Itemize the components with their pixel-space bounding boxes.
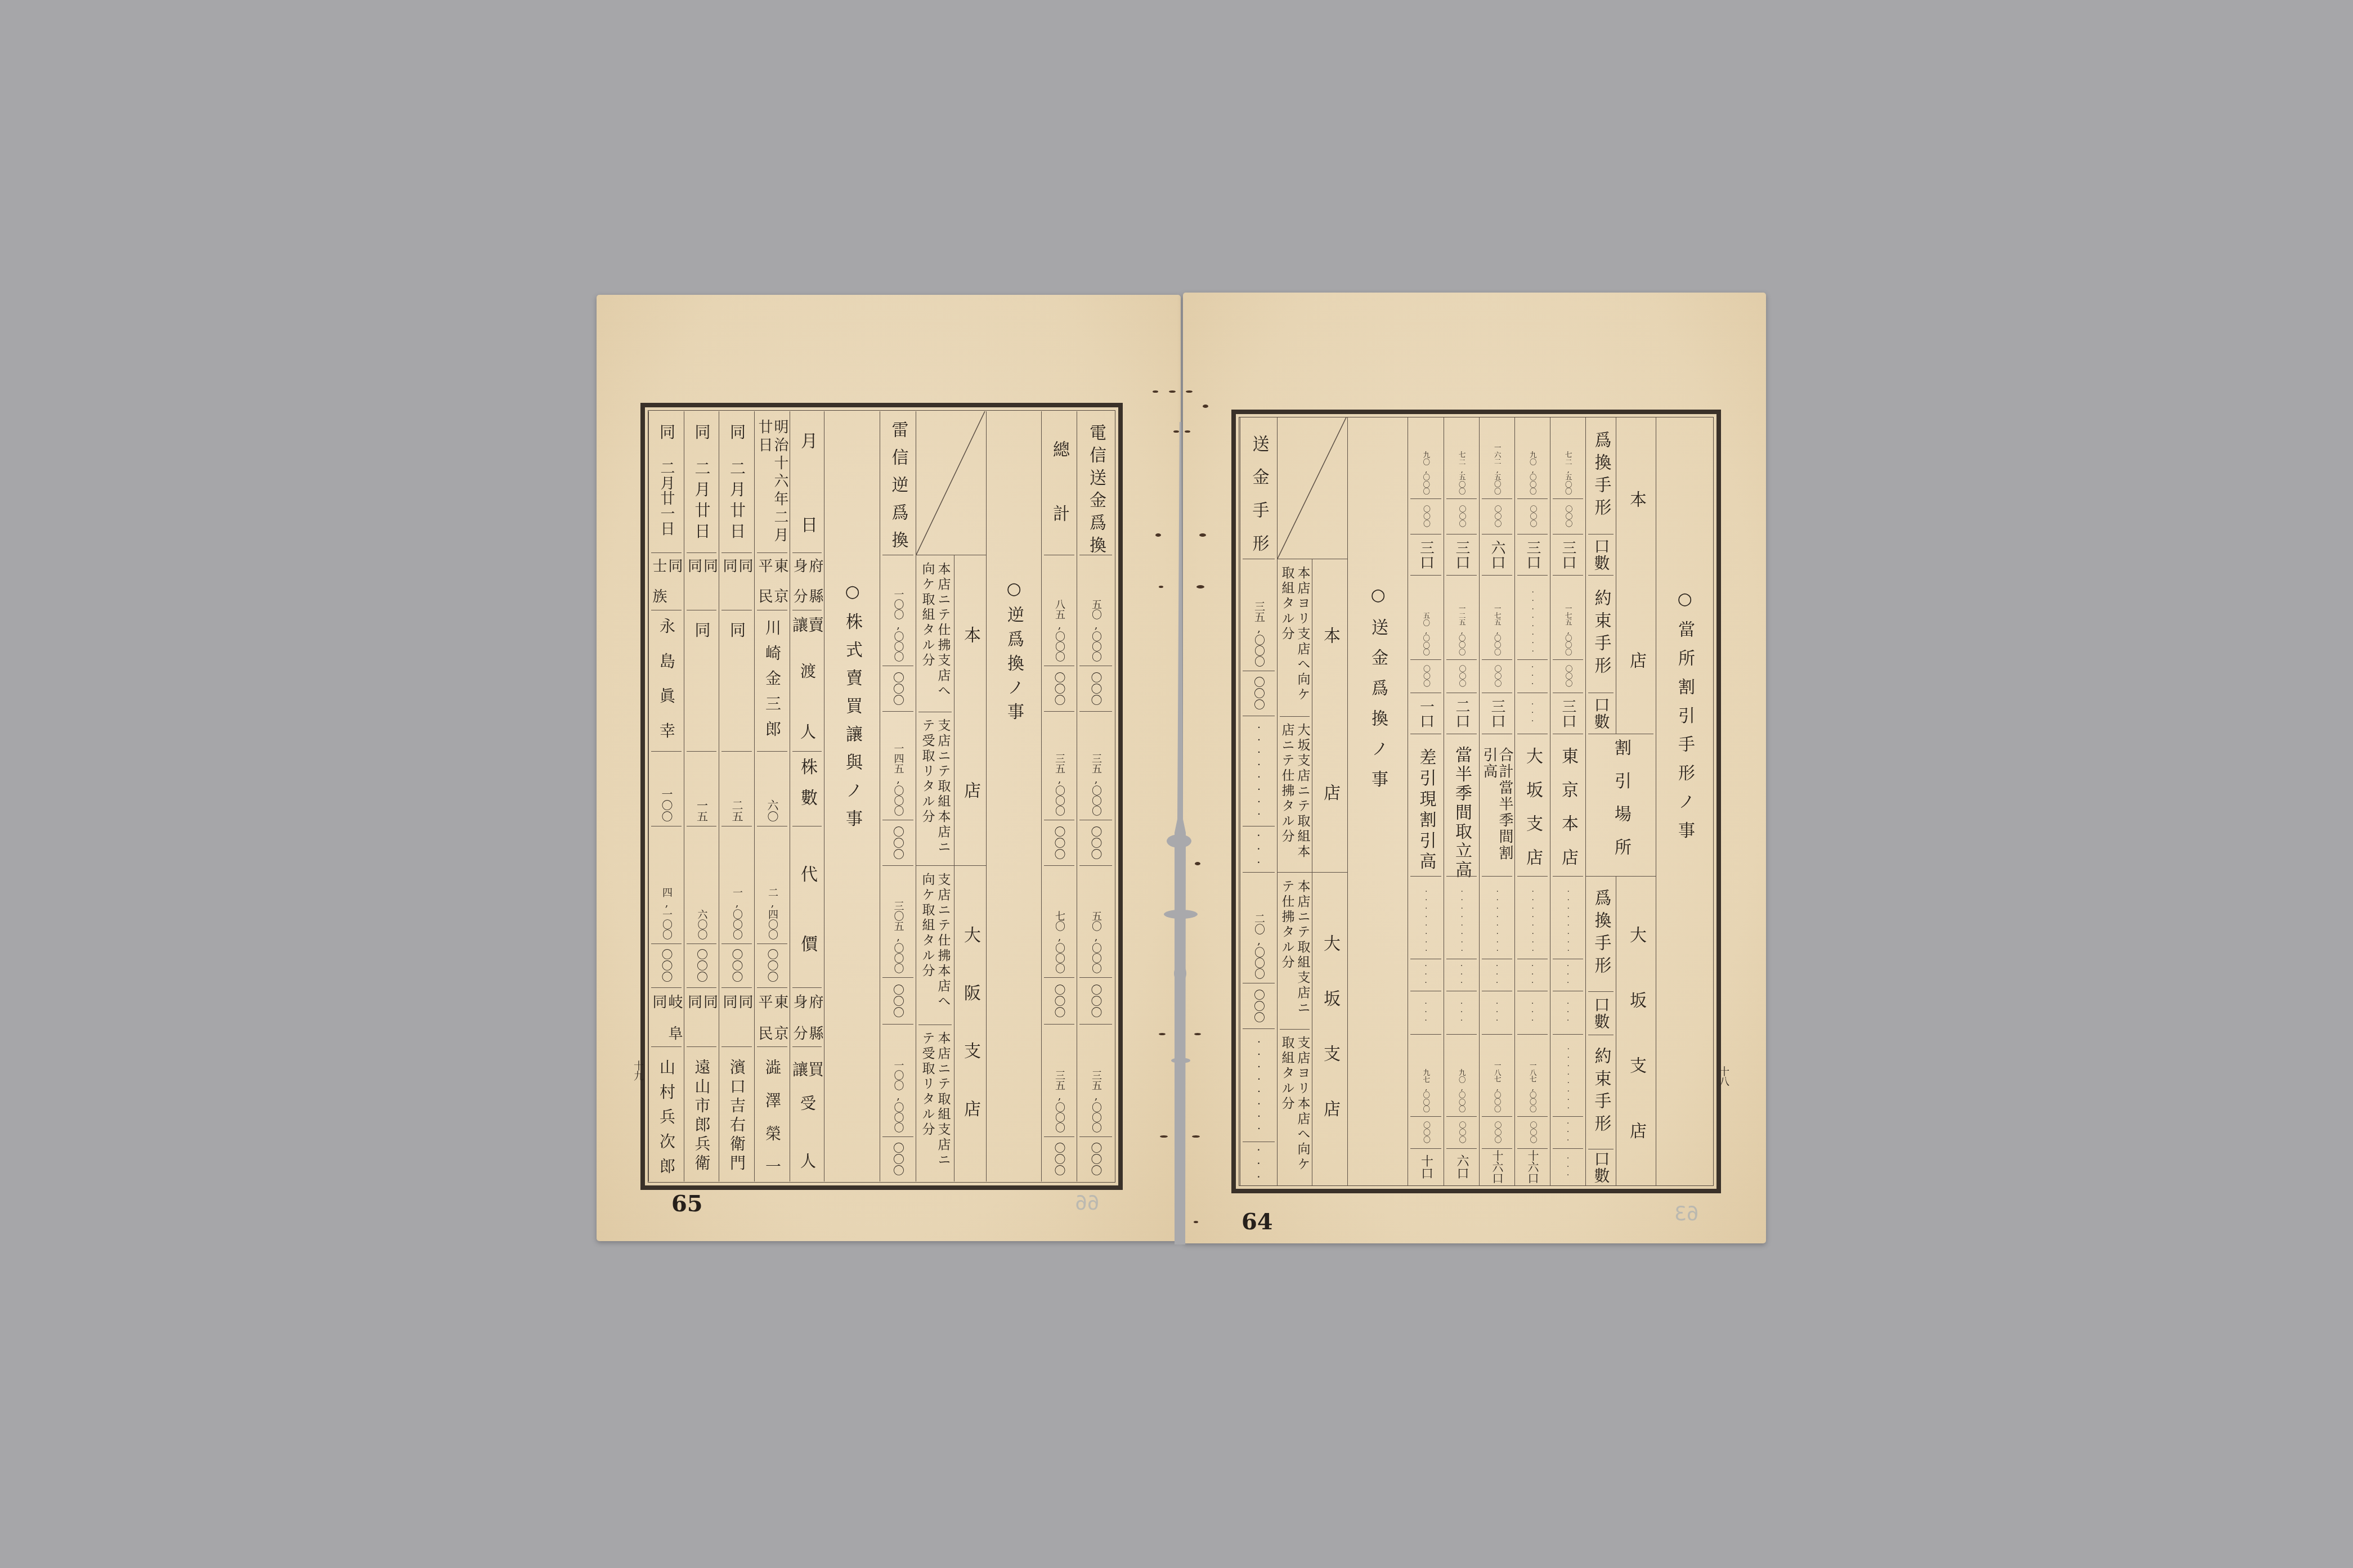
bill-count: ··· [1550,991,1585,1034]
subheader-count: 口數 [1586,991,1616,1035]
discount-column-osaka-branch: 九〇,〇〇〇 〇〇〇 三口 ········ ··· ··· 大坂支店 ····… [1514,417,1550,1185]
row-label: 東京本店 [1550,734,1585,876]
note-sen: 〇〇〇 [1444,659,1479,693]
descriptor-line: 支店ニテ取組本店ニ [935,718,951,855]
bill-count: 三口 [1408,534,1444,575]
date: 同二月廿日 [684,411,719,552]
stock-row: 同二月廿日 同同 同 一五 六〇〇 〇〇〇 同同 遠山市郎兵衛 [684,411,719,1181]
discount-column-outstanding: 九〇,〇〇〇 〇〇〇 三口 五〇,〇〇〇 〇〇〇 一口 差引現割引高 ·····… [1408,417,1444,1185]
left-page: 電信送金爲換 五〇,〇〇〇 〇〇〇 三五,〇〇〇 〇〇〇 五〇,〇〇〇 〇〇〇 … [597,295,1181,1241]
bill-sen: ··· [1550,959,1585,991]
diagonal-header-cell [916,411,986,555]
note-amount: 一八七,〇〇〇 [1480,1034,1514,1116]
amount-yen: 三五,〇〇〇 [1077,711,1114,820]
group-name: 大坂支店 [1312,873,1347,1185]
amount-sen: 〇〇〇 [1077,820,1114,865]
row-label: 合計當半季間割引高 [1480,734,1514,876]
amount-sen: ··· [1240,1142,1277,1185]
amount-yen: 七〇,〇〇〇 [1042,865,1077,977]
telegraph-reverse-exchange-column: 雷信逆爲換 一〇〇,〇〇〇 〇〇〇 一四五,〇〇〇 〇〇〇 三〇五,〇〇〇 〇〇… [880,411,916,1181]
note-amount: 一二五,〇〇〇 [1444,575,1479,659]
bill-sen: 〇〇〇 [1444,498,1479,534]
stock-header-column: 月日 府縣身分 賣讓 渡人 株數 代價 府縣身分 買讓 受人 [790,411,824,1181]
date: 同二月廿一日 [649,411,684,552]
subheader-column: 爲換手形 口數 約束手形 口數 [1586,877,1616,1185]
descriptor-line: テ受取リタル分 [920,718,935,825]
note-amount: 一七五,〇〇〇 [1550,575,1585,659]
date-part: 同 [694,424,710,439]
row-label: 送金手形 [1240,417,1277,559]
date-line: 廿日 [756,419,772,455]
seller-name: 同 [684,610,719,751]
amount-sen: ··· [1240,826,1277,872]
share-count: 六〇 [755,751,790,826]
note-count: 二口 [1444,693,1479,734]
amount-yen: 八五,〇〇〇 [1042,555,1077,666]
row-label: 雷信逆爲換 [880,411,916,555]
note-amount: ········ [1515,575,1550,659]
header-buyer: 買讓 受人 [790,1046,824,1181]
note-count: 十口 [1408,1148,1444,1185]
subheader-count: 口數 [1586,1149,1616,1186]
discount-column-tokyo-head-office: 七二,五〇〇 〇〇〇 三口 一七五,〇〇〇 〇〇〇 三口 東京本店 ······… [1550,417,1585,1185]
amount-sen: 〇〇〇 [1042,977,1077,1024]
descriptor: 支店ニテ仕拂本店へ向ケ取組タル分 [916,866,954,1025]
amount-sen: 〇〇〇 [1077,666,1114,711]
row-label: 當半季間取立高 [1444,734,1479,876]
show-through-page-number: 66 [1075,1193,1099,1214]
amount-sen: 〇〇〇 [1240,671,1277,716]
note-sen: 〇〇〇 [1480,1116,1514,1148]
stock-row: 同二月廿日 同同 同 二五 一,〇〇〇 〇〇〇 同同 濱口吉右衛門 [719,411,754,1181]
amount-yen: 五〇,〇〇〇 [1077,865,1114,977]
descriptor-line: 本店ニテ取組支店ニ [935,1031,951,1168]
price-yen: 一,〇〇〇 [719,826,754,944]
date-part: 二月廿日 [694,460,710,543]
header-char: 賣 [807,617,823,632]
discount-place-header: 割引場所 [1586,734,1656,876]
amount-yen: 一〇〇,〇〇〇 [880,1024,916,1136]
page-number: 65 [671,1193,703,1215]
header-price: 代價 [790,826,824,987]
group-name: 大坂支店 [1616,877,1656,1185]
buyer-origin: 東京平民 [755,987,790,1046]
origin-line: 同 [721,994,737,1026]
diagonal-rule [1278,417,1347,559]
bill-amount: 七二,五〇〇 [1444,417,1479,498]
amount-yen: 五〇,〇〇〇 [1077,555,1114,666]
descriptor: 本店ヨリ支店へ向ケ取組タル分 [1278,559,1312,716]
stock-row: 明治十六年二月廿日 東京平民 川崎金三郎 六〇 二,四〇〇 〇〇〇 東京平民 澁… [754,411,790,1181]
date-part: 同 [658,424,674,439]
amount-yen: 三五,〇〇〇 [1042,1024,1077,1136]
group-head-office: 爲換手形 口數 約束手形 口數 本店 [1586,417,1656,734]
right-page: ○當所割引手形ノ事 爲換手形 口數 約束手形 口數 本店 割引場所 爲換手形 口… [1183,293,1766,1243]
bill-amount: ········ [1480,876,1514,959]
descriptor-line: 本店ニテ取組支店ニ [1295,879,1311,1016]
descriptor-line: 本店ニテ仕拂支店へ [935,562,951,699]
descriptor-column: 本店ニテ仕拂支店へ向ケ取組タル分 支店ニテ取組本店ニテ受取リタル分 [916,555,954,865]
descriptor-line: テ仕拂タル分 [1279,879,1295,971]
descriptor: 支店ニテ取組本店ニテ受取リタル分 [916,712,954,866]
amount-yen: ········ [1240,1028,1277,1142]
buyer-origin: 同同 [719,987,754,1046]
discount-column-half-year-total: 一六二,五〇〇 〇〇〇 六口 一七五,〇〇〇 〇〇〇 三口 合計當半季間割引高 … [1479,417,1514,1185]
bill-count: 三口 [1444,534,1479,575]
bill-count: 六口 [1480,534,1514,575]
buyer-origin: 同同 [684,987,719,1046]
section-title-reverse-exchange: ○逆爲換ノ事 [1005,579,1022,727]
descriptor-line: 向ケ取組タル分 [920,873,935,979]
amount-yen: 三五,〇〇〇 [1042,711,1077,820]
bill-amount: ········ [1444,876,1479,959]
date-part: 二月廿日 [729,460,745,543]
share-count: 二五 [719,751,754,826]
note-count: 十六口 [1480,1148,1514,1185]
row-label: 電信送金爲換 [1077,411,1114,555]
note-sen: 〇〇〇 [1515,1116,1550,1148]
bill-count: 三口 [1515,534,1550,575]
header-shares: 株數 [790,751,824,826]
label-line: 差引現割引高 [1418,748,1434,873]
header-char: 讓 [791,1061,807,1077]
amount-yen: 三五,〇〇〇 [1077,1024,1114,1136]
group-head-office: 本店ニテ仕拂支店へ向ケ取組タル分 支店ニテ取組本店ニテ受取リタル分 本店 [916,555,986,865]
amount-sen: 〇〇〇 [1042,820,1077,865]
buyer-name: 山村兵次郎 [649,1046,684,1181]
amount-sen: 〇〇〇 [1077,1136,1114,1181]
bill-sen: ··· [1480,959,1514,991]
discount-column-collected: 七二,五〇〇 〇〇〇 三口 一二五,〇〇〇 〇〇〇 二口 當半季間取立高 ···… [1444,417,1479,1185]
descriptor-line: 本店ヨリ支店へ向ケ [1295,566,1311,703]
amount-sen: 〇〇〇 [880,666,916,711]
stock-row: 同二月廿一日 同士族 永島眞幸 一〇〇 四,一〇〇 〇〇〇 岐阜同 山村兵次郎 [648,411,684,1181]
date-line: 明治十六年二月 [772,419,788,545]
subheader-column: 爲換手形 口數 約束手形 口數 [1586,417,1616,734]
price-sen: 〇〇〇 [719,944,754,987]
label-line: 大坂支店 [1525,747,1540,882]
note-sen: 〇〇〇 [1408,1116,1444,1148]
price-sen: 〇〇〇 [684,944,719,987]
note-sen: 〇〇〇 [1550,659,1585,693]
note-count: ··· [1550,1148,1585,1185]
note-sen: ··· [1550,1116,1585,1148]
price-yen: 四,一〇〇 [649,826,684,944]
share-count: 一五 [684,751,719,826]
amount-yen: 二〇,〇〇〇 [1240,872,1277,983]
price-yen: 二,四〇〇 [755,826,790,944]
header-pair: 賣讓 [791,617,823,632]
note-amount: 五〇,〇〇〇 [1408,575,1444,659]
header-seller-origin: 府縣身分 [790,552,824,610]
bill-sen: 〇〇〇 [1408,498,1444,534]
seller-origin: 同同 [719,552,754,610]
seller-name: 永島眞幸 [649,610,684,751]
header-seller: 賣讓 渡人 [790,610,824,751]
group-osaka-branch: 爲換手形 口數 約束手形 口數 大坂支店 [1586,876,1656,1185]
descriptor-line: 向ケ取組タル分 [920,562,935,668]
label-line: 當半季間取立高 [1454,746,1469,880]
kanji-page-number: 十八 [1718,1066,1728,1086]
note-sen: 〇〇〇 [1444,1116,1479,1148]
note-sen: 〇〇〇 [1480,659,1514,693]
bill-sen: ··· [1408,959,1444,991]
bill-sen: ··· [1515,959,1550,991]
descriptor-line: 店ニテ仕拂タル分 [1279,723,1295,844]
bill-amount: ········ [1550,876,1585,959]
header-pair: 買讓 [791,1061,823,1077]
origin-line: 同 [651,994,666,1026]
bill-count: ··· [1515,991,1550,1034]
buyer-origin: 岐阜同 [649,987,684,1046]
amount-yen: 一〇〇,〇〇〇 [880,555,916,666]
subheader-count: 口數 [1586,693,1616,734]
subheader-promissory-note: 約束手形 [1586,575,1616,693]
group-name: 本店 [1616,417,1656,734]
origin-line: 同 [686,994,702,1026]
price-sen: 〇〇〇 [649,944,684,987]
bill-count: 三口 [1550,534,1585,575]
seller-origin: 東京平民 [755,552,790,610]
buyer-name: 濱口吉右衛門 [719,1046,754,1181]
group-name: 本店 [954,555,986,865]
note-amount: ········ [1550,1034,1585,1116]
label-line: 合計當半季間割 [1497,747,1513,861]
descriptor-column: 本店ニテ取組支店ニテ仕拂タル分 支店ヨリ本店へ向ケ取組タル分 [1278,873,1312,1185]
header-date: 月日 [790,411,824,552]
amount-sen: 〇〇〇 [880,820,916,865]
section-title-discount-bills: ○當所割引手形ノ事 [1676,589,1693,850]
section-title-stock-transfers: ○株式賣買讓與ノ事 [844,582,860,838]
row-label: 總計 [1042,411,1077,555]
section-title-remittance: ○送金爲換ノ事 [1369,585,1386,801]
amount-yen: 一四五,〇〇〇 [880,711,916,820]
note-amount: 一七五,〇〇〇 [1480,575,1514,659]
seller-origin: 同士族 [649,552,684,610]
bill-amount: ········ [1408,876,1444,959]
descriptor-line: テ受取リタル分 [920,1031,935,1138]
kanji-page-number: 十九 [633,1061,643,1081]
show-through-page-number: 63 [1674,1204,1698,1224]
descriptor: 本店ニテ取組支店ニテ仕拂タル分 [1278,873,1312,1029]
descriptor: 大坂支店ニテ取組本店ニテ仕拂タル分 [1278,716,1312,873]
descriptor: 支店ヨリ本店へ向ケ取組タル分 [1278,1029,1312,1186]
note-count: 一口 [1408,693,1444,734]
subheader-bill-of-exchange: 爲換手形 [1586,417,1616,534]
group-name: 本店 [1312,559,1347,872]
amount-sen: 〇〇〇 [1077,977,1114,1024]
note-sen: 〇〇〇 [1408,659,1444,693]
amount-sen: 〇〇〇 [880,1136,916,1181]
remittance-bill-column: 送金手形 三五,〇〇〇 〇〇〇 ········ ··· 二〇,〇〇〇 〇〇〇 … [1240,417,1277,1185]
note-amount: 一八七,〇〇〇 [1515,1034,1550,1116]
bill-amount: ········ [1515,876,1550,959]
grand-total-column: 總計 八五,〇〇〇 〇〇〇 三五,〇〇〇 〇〇〇 七〇,〇〇〇 〇〇〇 三五,〇… [1041,411,1077,1181]
subheader-promissory-note: 約束手形 [1586,1035,1616,1149]
row-label: 差引現割引高 [1408,734,1444,876]
price-yen: 六〇〇 [684,826,719,944]
bill-sen: 〇〇〇 [1550,498,1585,534]
subheader-count: 口數 [1586,534,1616,575]
seller-name: 同 [719,610,754,751]
note-amount: 九〇,〇〇〇 [1444,1034,1479,1116]
note-sen: ··· [1515,659,1550,693]
share-count: 一〇〇 [649,751,684,826]
group-head-office: 本店ヨリ支店へ向ケ取組タル分 大坂支店ニテ取組本店ニテ仕拂タル分 本店 [1278,559,1347,872]
reverse-exchange-header: 本店ニテ仕拂支店へ向ケ取組タル分 支店ニテ取組本店ニテ受取リタル分 本店 支店ニ… [916,411,987,1181]
origin-line: 同 [686,558,702,588]
header-char: 買 [807,1061,823,1077]
bill-amount: 九〇,〇〇〇 [1408,417,1444,498]
bill-count: ··· [1444,991,1479,1034]
descriptor: 本店ニテ仕拂支店へ向ケ取組タル分 [916,555,954,712]
origin-line: 同 [737,558,752,588]
remittance-header: 本店ヨリ支店へ向ケ取組タル分 大坂支店ニテ取組本店ニテ仕拂タル分 本店 本店ニテ… [1277,417,1348,1185]
note-amount: 九七,〇〇〇 [1408,1034,1444,1116]
bill-count: ··· [1480,991,1514,1034]
spine-binding-holes [1148,371,1216,1249]
group-osaka-branch: 支店ニテ仕拂本店へ向ケ取組タル分 本店ニテ取組支店ニテ受取リタル分 大阪支店 [916,865,986,1181]
bill-count: ··· [1408,991,1444,1034]
diagonal-header-cell [1278,417,1347,559]
amount-yen: ········ [1240,716,1277,826]
origin-line: 同 [737,994,752,1026]
descriptor-column: 本店ヨリ支店へ向ケ取組タル分 大坂支店ニテ取組本店ニテ仕拂タル分 [1278,559,1312,872]
telegraph-remittance-column: 電信送金爲換 五〇,〇〇〇 〇〇〇 三五,〇〇〇 〇〇〇 五〇,〇〇〇 〇〇〇 … [1077,411,1114,1181]
bill-sen: 〇〇〇 [1515,498,1550,534]
note-count: 三口 [1480,693,1514,734]
bill-amount: 九〇,〇〇〇 [1515,417,1550,498]
descriptor-line: 支店ヨリ本店へ向ケ [1295,1036,1311,1172]
date-part: 二月廿一日 [659,460,674,536]
date: 同二月廿日 [719,411,754,552]
header-char: 受人 [799,1095,815,1211]
group-name: 大阪支店 [954,866,986,1181]
seller-name: 川崎金三郎 [755,610,790,751]
header-buyer-origin: 府縣身分 [790,987,824,1046]
descriptor-column: 支店ニテ仕拂本店へ向ケ取組タル分 本店ニテ取組支店ニテ受取リタル分 [916,866,954,1181]
note-count: ··· [1515,693,1550,734]
subheader-bill-of-exchange: 爲換手形 [1586,877,1616,991]
buyer-name: 遠山市郎兵衛 [684,1046,719,1181]
descriptor-line: 大坂支店ニテ取組本 [1295,723,1311,860]
bill-amount: 一六二,五〇〇 [1480,417,1514,498]
amount-yen: 三〇五,〇〇〇 [880,865,916,977]
origin-line: 同 [666,558,682,588]
row-label: 大坂支店 [1515,734,1550,876]
page-number: 64 [1242,1211,1273,1233]
buyer-name: 澁澤榮一 [755,1046,790,1181]
note-count: 十六口 [1515,1148,1550,1185]
amount-sen: 〇〇〇 [880,977,916,1024]
origin-line: 同 [721,558,737,588]
descriptor-line: 取組タル分 [1279,566,1295,642]
date: 明治十六年二月廿日 [755,411,790,552]
bill-sen: 〇〇〇 [1480,498,1514,534]
header-char: 讓 [791,617,807,632]
discount-header: 爲換手形 口數 約束手形 口數 本店 割引場所 爲換手形 口數 約束手形 口數 … [1585,417,1656,1185]
origin-line: 同 [702,558,718,588]
note-count: 六口 [1444,1148,1479,1185]
group-osaka-branch: 本店ニテ取組支店ニテ仕拂タル分 支店ヨリ本店へ向ケ取組タル分 大坂支店 [1278,872,1347,1185]
price-sen: 〇〇〇 [755,944,790,987]
amount-sen: 〇〇〇 [1042,666,1077,711]
descriptor-line: 取組タル分 [1279,1036,1295,1112]
origin-line: 同 [702,994,718,1026]
label-line: 引高 [1481,747,1497,780]
amount-sen: 〇〇〇 [1240,983,1277,1028]
date-part: 同 [729,424,745,439]
diagonal-rule [916,411,985,555]
note-count: 三口 [1550,693,1585,734]
amount-sen: 〇〇〇 [1042,1136,1077,1181]
bill-sen: ··· [1444,959,1479,991]
label-line: 東京本店 [1560,747,1576,882]
bill-amount: 七二,五〇〇 [1550,417,1585,498]
amount-yen: 三五,〇〇〇 [1240,559,1277,671]
seller-origin: 同同 [684,552,719,610]
descriptor: 本店ニテ取組支店ニテ受取リタル分 [916,1025,954,1182]
descriptor-line: 支店ニテ仕拂本店へ [935,873,951,1009]
